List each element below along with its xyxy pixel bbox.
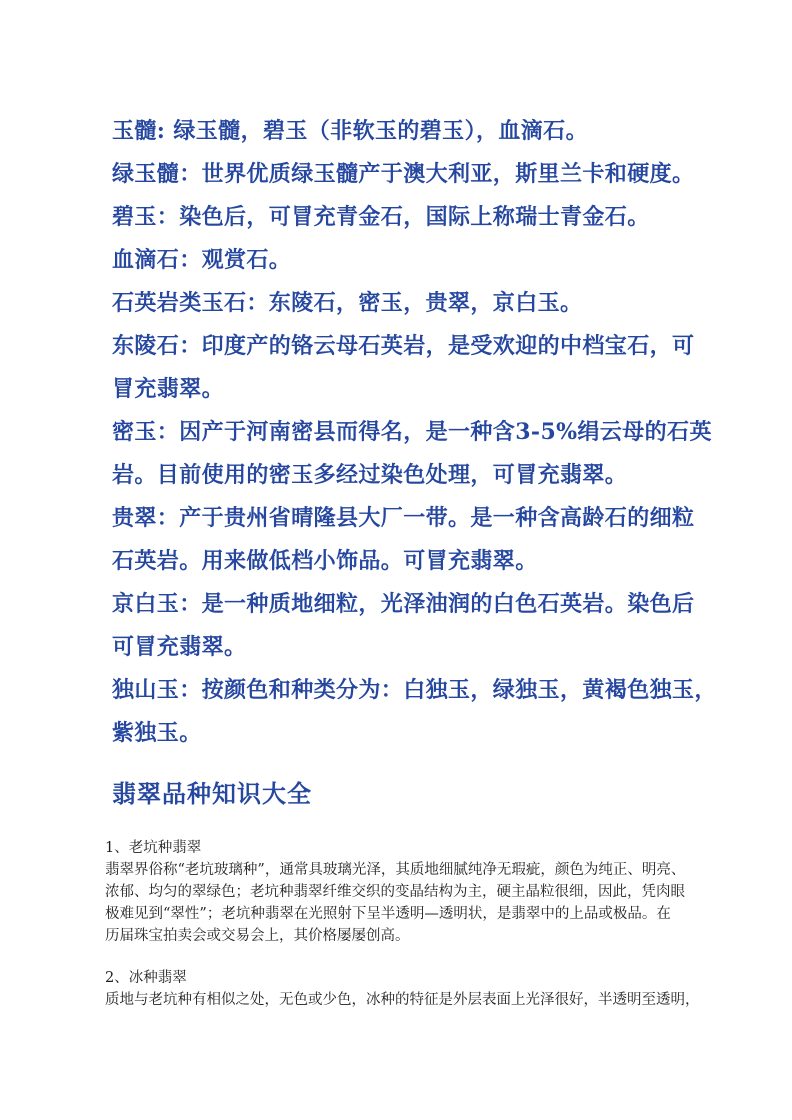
jade-definition-line: 血滴石：观赏石。 [112,239,772,282]
subsection-body: 翡翠界俗称“老坑玻璃种”，通常具玻璃光泽，其质地细腻纯净无瑕疵，颜色为纯正、明亮… [105,859,772,947]
subsection-ice-jadeite: 2、冰种翡翠 质地与老坑种有相似之处，无色或少色，冰种的特征是外层表面上光泽很好… [0,967,792,1011]
body-text-line: 历届珠宝拍卖会或交易会上，其价格屡屡创高。 [105,925,772,947]
body-text-line: 质地与老坑种有相似之处，无色或少色，冰种的特征是外层表面上光泽很好，半透明至透明… [105,989,772,1011]
jade-definitions-list: 玉髓: 绿玉髓，碧玉（非软玉的碧玉），血滴石。绿玉髓：世界优质绿玉髓产于澳大利亚… [0,0,792,755]
jade-definition-line: 石英岩。用来做低档小饰品。可冒充翡翠。 [112,540,772,583]
jade-definition-line: 绿玉髓：世界优质绿玉髓产于澳大利亚，斯里兰卡和硬度。 [112,153,772,196]
subsection-body: 质地与老坑种有相似之处，无色或少色，冰种的特征是外层表面上光泽很好，半透明至透明… [105,989,772,1011]
jade-definition-line: 独山玉：按颜色和种类分为：白独玉，绿独玉，黄褐色独玉， [112,669,772,712]
jade-definition-line: 紫独玉。 [112,712,772,755]
jade-definition-line: 石英岩类玉石：东陵石，密玉，贵翠，京白玉。 [112,282,772,325]
section-title: 翡翠品种知识大全 [0,777,792,811]
jade-definition-line: 京白玉：是一种质地细粒，光泽油润的白色石英岩。染色后 [112,583,772,626]
document-page: 玉髓: 绿玉髓，碧玉（非软玉的碧玉），血滴石。绿玉髓：世界优质绿玉髓产于澳大利亚… [0,0,792,1120]
body-text-line: 浓郁、均匀的翠绿色；老坑种翡翠纤维交织的变晶结构为主，硬主晶粒很细，因此，凭肉眼 [105,881,772,903]
jade-definition-line: 岩。目前使用的密玉多经过染色处理，可冒充翡翠。 [112,454,772,497]
jade-definition-line: 玉髓: 绿玉髓，碧玉（非软玉的碧玉），血滴石。 [112,110,772,153]
body-text-line: 翡翠界俗称“老坑玻璃种”，通常具玻璃光泽，其质地细腻纯净无瑕疵，颜色为纯正、明亮… [105,859,772,881]
subsection-laokeng-jadeite: 1、老坑种翡翠 翡翠界俗称“老坑玻璃种”，通常具玻璃光泽，其质地细腻纯净无瑕疵，… [0,837,792,947]
jade-definition-line: 东陵石：印度产的铬云母石英岩，是受欢迎的中档宝石，可 [112,325,772,368]
subsection-heading: 1、老坑种翡翠 [105,837,772,859]
jade-definition-line: 冒充翡翠。 [112,368,772,411]
subsection-heading: 2、冰种翡翠 [105,967,772,989]
body-text-line: 极难见到“翠性”；老坑种翡翠在光照射下呈半透明—透明状，是翡翠中的上品或极品。在 [105,903,772,925]
jade-definition-line: 碧玉：染色后，可冒充青金石，国际上称瑞士青金石。 [112,196,772,239]
jade-definition-line: 贵翠：产于贵州省晴隆县大厂一带。是一种含高龄石的细粒 [112,497,772,540]
jade-definition-line: 密玉：因产于河南密县而得名，是一种含3-5%绢云母的石英 [112,411,772,454]
jade-definition-line: 可冒充翡翠。 [112,626,772,669]
